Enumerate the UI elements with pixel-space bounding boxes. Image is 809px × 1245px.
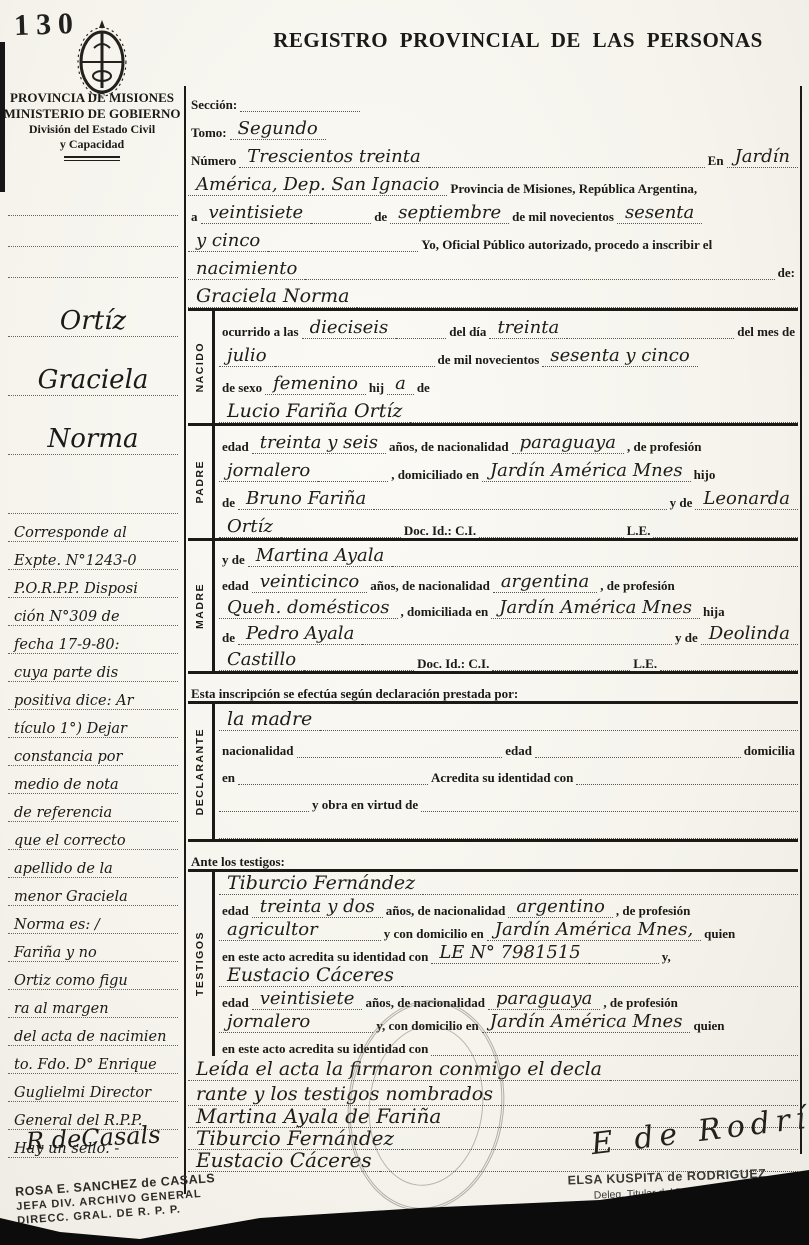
abuelo-materno-value: Pedro Ayala bbox=[238, 625, 362, 645]
margin-note-line: tículo 1°) Dejar bbox=[8, 710, 178, 738]
madre-line-2: edad veinticinco años, de nacionalidad a… bbox=[219, 567, 798, 593]
madre-line-3: Queh. domésticos , domiciliada en Jardín… bbox=[219, 593, 798, 619]
le-label: L.E. bbox=[624, 524, 654, 538]
testigo1-line-4: en este acto acredita su identidad con L… bbox=[219, 941, 798, 964]
blank-line bbox=[281, 510, 401, 538]
registration-form: Sección: Tomo: Segundo Número Tresciento… bbox=[188, 86, 798, 1172]
de-label: de bbox=[219, 631, 238, 645]
abuela-materna-value-2: Castillo bbox=[219, 651, 304, 671]
profesion-label: , de profesión bbox=[613, 904, 694, 918]
padre-line-1: edad treinta y seis años, de nacionalida… bbox=[219, 426, 798, 454]
blank-line bbox=[311, 196, 371, 224]
margin-column: Ortíz Graciela Norma Corresponde al Expt… bbox=[8, 185, 178, 1158]
padre-line-4: Ortíz Doc. Id.: C.I. L.E. bbox=[219, 510, 798, 538]
a-label: a bbox=[188, 210, 201, 224]
field-numero: Número Trescientos treinta En Jardín bbox=[188, 140, 798, 168]
seccion-label: Sección: bbox=[188, 98, 240, 112]
blank-line bbox=[240, 86, 360, 112]
obra-label: y obra en virtud de bbox=[309, 798, 421, 812]
padre-profesion-value: jornalero bbox=[219, 462, 318, 482]
margin-note-line: apellido de la bbox=[8, 850, 178, 878]
doc-id-label: Doc. Id.: C.I. bbox=[414, 657, 492, 671]
madre-domicilio-value: Jardín América Mnes bbox=[491, 599, 700, 619]
blank-line bbox=[535, 731, 741, 758]
blank-line bbox=[567, 311, 734, 339]
declarante-line-5 bbox=[219, 812, 798, 839]
edad-label: edad bbox=[219, 996, 252, 1010]
y-de-label: y de bbox=[667, 496, 696, 510]
declarante-line-3: en Acredita su identidad con bbox=[219, 758, 798, 785]
ocurrido-label: ocurrido a las bbox=[219, 325, 302, 339]
profesion-label: , de profesión bbox=[597, 579, 678, 593]
oficial-text: Yo, Oficial Público autorizado, procedo … bbox=[418, 238, 715, 252]
hij-label: hij bbox=[366, 381, 387, 395]
le-label: L.E. bbox=[630, 657, 660, 671]
blank-line bbox=[660, 645, 798, 671]
madre-edad-value: veinticinco bbox=[252, 573, 368, 593]
margin-note-line: del acta de nacimien bbox=[8, 1018, 178, 1046]
blank-line bbox=[653, 510, 798, 538]
blank-line bbox=[423, 872, 798, 895]
tomo-value: Segundo bbox=[230, 120, 326, 140]
field-year2: y cinco Yo, Oficial Público autorizado, … bbox=[188, 224, 798, 252]
margin-rule bbox=[8, 216, 178, 247]
hij-value: a bbox=[387, 375, 414, 395]
padre-domicilio-value: Jardín América Mnes bbox=[482, 462, 691, 482]
testigo1-line-2: edad treinta y dos años, de nacionalidad… bbox=[219, 895, 798, 918]
margin-note-line: to. Fdo. D° Enrique bbox=[8, 1046, 178, 1074]
madre-nombre-value: Martina Ayala bbox=[248, 547, 392, 567]
birth-year-value: sesenta y cinco bbox=[542, 347, 697, 367]
abuela-paterna-value: Leonarda bbox=[695, 490, 798, 510]
registered-name-value: Graciela Norma bbox=[188, 287, 357, 308]
testigo2-domicilio-value: Jardín América Mnes bbox=[482, 1013, 691, 1033]
scanned-birth-certificate: 130 REGISTRO PROVINCIAL DE LAS PERSONAS … bbox=[0, 0, 809, 1245]
blank-line bbox=[268, 224, 418, 252]
testigo2-line-4: en este acto acredita su identidad con bbox=[219, 1033, 798, 1056]
blank-line bbox=[238, 758, 428, 785]
blank-line bbox=[479, 510, 624, 538]
abuela-paterna-value-2: Ortíz bbox=[219, 518, 281, 538]
letterhead-line: y Capacidad bbox=[2, 137, 182, 152]
de-label: de bbox=[219, 496, 238, 510]
nacionalidad-label: nacionalidad bbox=[219, 744, 297, 758]
year-value-2: y cinco bbox=[188, 232, 268, 252]
madre-line-5: Castillo Doc. Id.: C.I. L.E. bbox=[219, 645, 798, 671]
profesion-label: , de profesión bbox=[600, 996, 681, 1010]
acredita-label: en este acto acredita su identidad con bbox=[219, 950, 431, 964]
day-value: veintisiete bbox=[201, 204, 312, 224]
declarante-value: la madre bbox=[219, 710, 320, 731]
testigo1-nombre: Tiburcio Fernández bbox=[219, 872, 798, 895]
margin-note-line: Ortiz como figu bbox=[8, 962, 178, 990]
numero-label: Número bbox=[188, 154, 239, 168]
field-registered-name: Graciela Norma bbox=[188, 280, 798, 308]
acredita-label: Acredita su identidad con bbox=[428, 771, 576, 785]
nacido-line-2: julio de mil novecientos sesenta y cinco bbox=[219, 339, 798, 367]
section-declarante: DECLARANTE la madre nacionalidad edad do… bbox=[188, 701, 798, 839]
de-label: de bbox=[371, 210, 390, 224]
doc-id-label: Doc. Id.: C.I. bbox=[401, 524, 479, 538]
blank-line bbox=[410, 395, 798, 423]
testigos-intro: Ante los testigos: bbox=[188, 839, 798, 869]
nacionalidad-label: años, de nacionalidad bbox=[386, 440, 512, 454]
letterhead: PROVINCIA DE MISIONES MINISTERIO DE GOBI… bbox=[2, 90, 182, 161]
de-colon-label: de: bbox=[775, 266, 798, 280]
testigo2-profesion-value: jornalero bbox=[219, 1013, 318, 1033]
margin-note-line: constancia por bbox=[8, 738, 178, 766]
margin-note-line: positiva dice: Ar bbox=[8, 682, 178, 710]
blank-line bbox=[275, 339, 435, 367]
section-nacido: NACIDO ocurrido a las dieciseis del día … bbox=[188, 308, 798, 423]
field-acta-type: nacimiento de: bbox=[188, 252, 798, 280]
dia-label: del día bbox=[446, 325, 489, 339]
domicilio-label: y con domicilio en bbox=[381, 927, 487, 941]
y-de-label: y de bbox=[219, 553, 248, 567]
sexo-value: femenino bbox=[265, 375, 366, 395]
section-madre: MADRE y de Martina Ayala edad veinticinc… bbox=[188, 538, 798, 671]
declaracion-intro: Esta inscripción se efectúa según declar… bbox=[188, 671, 798, 701]
margin-note-line: que el correcto bbox=[8, 822, 178, 850]
margin-note-line: Corresponde al bbox=[8, 514, 178, 542]
quien-label: quien bbox=[690, 1019, 727, 1033]
domicilia-label: domicilia bbox=[741, 744, 798, 758]
blank-line bbox=[320, 704, 798, 731]
margin-note-line: Expte. N°1243-0 bbox=[8, 542, 178, 570]
blank-line bbox=[396, 311, 446, 339]
testigo2-nacionalidad-value: paraguaya bbox=[488, 990, 600, 1010]
y-label: y, bbox=[659, 950, 674, 964]
section-label-madre: MADRE bbox=[188, 541, 212, 671]
madre-line-1: y de Martina Ayala bbox=[219, 541, 798, 567]
letterhead-rule bbox=[64, 156, 120, 161]
testigos-intro-text: Ante los testigos: bbox=[188, 855, 288, 869]
page-number: 130 bbox=[13, 7, 80, 43]
place-value-2: América, Dep. San Ignacio bbox=[188, 176, 447, 196]
archive-chief-stamp: ROSA E. SANCHEZ de CASALS JEFA DIV. ARCH… bbox=[15, 1171, 218, 1227]
mil-label: de mil novecientos bbox=[435, 353, 543, 367]
padre-nacionalidad-value: paraguaya bbox=[512, 434, 624, 454]
field-place: América, Dep. San Ignacio Provincia de M… bbox=[188, 168, 798, 196]
margin-note-line: fecha 17-9-80: bbox=[8, 626, 178, 654]
testigo1-line-3: agricultor y con domicilio en Jardín Amé… bbox=[219, 918, 798, 941]
margin-rule bbox=[8, 185, 178, 216]
mes-label: del mes de bbox=[734, 325, 798, 339]
margin-note-line: Guglielmi Director bbox=[8, 1074, 178, 1102]
letterhead-line: MINISTERIO DE GOBIERNO bbox=[2, 106, 182, 122]
margin-firstname: Graciela bbox=[8, 337, 178, 396]
blank-line bbox=[304, 645, 414, 671]
blank-line bbox=[326, 918, 381, 941]
testigo2-edad-value: veintisiete bbox=[252, 990, 363, 1010]
blank-line bbox=[429, 140, 705, 168]
edad-label: edad bbox=[219, 904, 252, 918]
nacido-line-3: de sexo femenino hij a de bbox=[219, 367, 798, 395]
declarante-line-1: la madre bbox=[219, 704, 798, 731]
blank-line bbox=[576, 758, 798, 785]
de-label: de bbox=[414, 381, 433, 395]
en-label: en bbox=[219, 771, 238, 785]
hija-label: hija bbox=[700, 605, 728, 619]
blank-line bbox=[610, 1056, 798, 1081]
declarante-line-2: nacionalidad edad domicilia bbox=[219, 731, 798, 758]
nacionalidad-label: años, de nacionalidad bbox=[367, 579, 493, 593]
mil-label: de mil novecientos bbox=[509, 210, 617, 224]
abuela-materna-value: Deolinda bbox=[701, 625, 798, 645]
section-testigos: TESTIGOS Tiburcio Fernández edad treinta… bbox=[188, 869, 798, 1056]
letterhead-line: División del Estado Civil bbox=[2, 122, 182, 137]
padre-edad-value: treinta y seis bbox=[252, 434, 386, 454]
blank-line bbox=[318, 454, 388, 482]
testigo1-documento-value: LE N° 7981515 bbox=[431, 944, 588, 964]
margin-note-line: P.O.R.P.P. Disposi bbox=[8, 570, 178, 598]
section-label-declarante: DECLARANTE bbox=[188, 704, 212, 839]
domicilio-label: , domiciliado en bbox=[388, 468, 482, 482]
blank-line bbox=[392, 541, 798, 567]
madre-profesion-value: Queh. domésticos bbox=[219, 599, 398, 619]
nacido-line-4: Lucio Fariña Ortíz bbox=[219, 395, 798, 423]
quien-label: quien bbox=[701, 927, 738, 941]
testigo1-edad-value: treinta y dos bbox=[252, 898, 383, 918]
edad-label: edad bbox=[219, 440, 252, 454]
margin-middlename: Norma bbox=[8, 396, 178, 455]
en-label: En bbox=[705, 154, 727, 168]
field-tomo: Tomo: Segundo bbox=[188, 112, 798, 140]
blank-line bbox=[421, 785, 798, 812]
padre-line-2: jornalero , domiciliado en Jardín Améric… bbox=[219, 454, 798, 482]
field-seccion: Sección: bbox=[188, 86, 798, 112]
blank-line bbox=[357, 280, 798, 308]
section-label-testigos: TESTIGOS bbox=[188, 872, 212, 1056]
section-label-padre: PADRE bbox=[188, 426, 212, 538]
form-left-border bbox=[184, 86, 186, 1194]
testigo2-line-2: edad veintisiete años, de nacionalidad p… bbox=[219, 987, 798, 1010]
year-value-1: sesenta bbox=[617, 204, 702, 224]
margin-note-line: Norma es: / bbox=[8, 906, 178, 934]
testigo2-nombre-value: Eustacio Cáceres bbox=[219, 966, 402, 987]
edad-label: edad bbox=[219, 579, 252, 593]
tomo-label: Tomo: bbox=[188, 126, 230, 140]
declarante-line-4: y obra en virtud de bbox=[219, 785, 798, 812]
birth-month-value: julio bbox=[219, 347, 275, 367]
sexo-label: de sexo bbox=[219, 381, 265, 395]
margin-note-line: medio de nota bbox=[8, 766, 178, 794]
blank-line bbox=[219, 785, 309, 812]
blank-line bbox=[589, 941, 659, 964]
hour-value: dieciseis bbox=[302, 319, 397, 339]
profesion-label: , de profesión bbox=[624, 440, 705, 454]
edad-label: edad bbox=[502, 744, 535, 758]
margin-note-line: Fariña y no bbox=[8, 934, 178, 962]
margin-note-line: cuya parte dis bbox=[8, 654, 178, 682]
letterhead-line: PROVINCIA DE MISIONES bbox=[2, 90, 182, 106]
provincia-text: Provincia de Misiones, República Argenti… bbox=[447, 182, 700, 196]
margin-rule bbox=[8, 247, 178, 278]
place-value-1: Jardín bbox=[727, 148, 798, 168]
testigo1-nombre-value: Tiburcio Fernández bbox=[219, 874, 423, 895]
blank-line bbox=[297, 731, 503, 758]
blank-line bbox=[374, 482, 666, 510]
testigo2-signature: Eustacio Cáceres bbox=[188, 1150, 380, 1172]
nacionalidad-label: años, de nacionalidad bbox=[383, 904, 509, 918]
registrar-stamp: ELSA KUSPITA de RODRIGUEZ Deleg. Titular… bbox=[567, 1167, 767, 1217]
margin-note-line: de referencia bbox=[8, 794, 178, 822]
blank-line bbox=[219, 812, 798, 839]
blank-line bbox=[305, 252, 774, 280]
father-name-value: Lucio Fariña Ortíz bbox=[219, 402, 410, 423]
margin-surname: Ortíz bbox=[8, 278, 178, 337]
section-padre: PADRE edad treinta y seis años, de nacio… bbox=[188, 423, 798, 538]
declaracion-intro-text: Esta inscripción se efectúa según declar… bbox=[188, 687, 521, 701]
blank-line bbox=[492, 645, 630, 671]
form-title: REGISTRO PROVINCIAL DE LAS PERSONAS bbox=[240, 28, 796, 53]
month-value: septiembre bbox=[390, 204, 509, 224]
acta-type-value: nacimiento bbox=[188, 260, 305, 280]
testigo1-domicilio-value: Jardín América Mnes, bbox=[487, 921, 701, 941]
hijo-label: hijo bbox=[691, 468, 719, 482]
margin-note-line: menor Graciela bbox=[8, 878, 178, 906]
testigo2-nombre: Eustacio Cáceres bbox=[219, 964, 798, 987]
blank-line bbox=[501, 1081, 798, 1106]
birth-day-value: treinta bbox=[489, 319, 567, 339]
testigo2-line-3: jornalero y, con domicilio en Jardín Amé… bbox=[219, 1010, 798, 1033]
madre-line-4: de Pedro Ayala y de Deolinda bbox=[219, 619, 798, 645]
padre-line-3: de Bruno Fariña y de Leonarda bbox=[219, 482, 798, 510]
margin-rule bbox=[8, 455, 178, 514]
margin-note-line: ra al margen bbox=[8, 990, 178, 1018]
blank-line bbox=[402, 964, 798, 987]
domicilio-label: , domiciliada en bbox=[398, 605, 492, 619]
field-date: a veintisiete de septiembre de mil novec… bbox=[188, 196, 798, 224]
blank-line bbox=[318, 1010, 373, 1033]
testigo1-nacionalidad-value: argentino bbox=[508, 898, 613, 918]
margin-note-line: ción N°309 de bbox=[8, 598, 178, 626]
blank-line bbox=[362, 619, 672, 645]
form-right-border bbox=[800, 86, 802, 1154]
testigo1-profesion-value: agricultor bbox=[219, 921, 326, 941]
nacido-line-1: ocurrido a las dieciseis del día treinta… bbox=[219, 311, 798, 339]
abuelo-paterno-value: Bruno Fariña bbox=[238, 490, 374, 510]
numero-value: Trescientos treinta bbox=[239, 148, 428, 168]
section-label-nacido: NACIDO bbox=[188, 311, 212, 423]
madre-nacionalidad-value: argentina bbox=[493, 573, 597, 593]
y-de-label: y de bbox=[672, 631, 701, 645]
